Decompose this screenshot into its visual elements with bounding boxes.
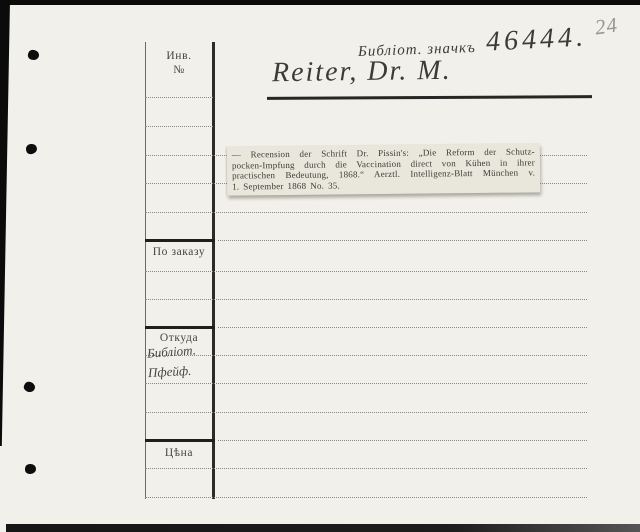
punch-hole [25, 464, 36, 474]
scan-edge-top [0, 0, 640, 5]
column-divider-bar [145, 439, 215, 442]
origin-label: Откуда [145, 332, 213, 344]
ruled-line [218, 240, 587, 241]
author-underline [267, 95, 592, 100]
scan-edge-bottom [6, 524, 640, 532]
inventory-label-line2: № [145, 64, 213, 76]
punch-hole [25, 143, 38, 155]
scan-edge-left [0, 0, 10, 446]
library-stamp-number: 46444. [485, 21, 588, 58]
origin-note-line2: Пфейф. [148, 363, 192, 381]
origin-note-line1: Библіот. [147, 342, 197, 361]
column-divider-bar [145, 326, 215, 329]
ruled-line [145, 383, 587, 384]
order-label: По заказу [145, 246, 213, 258]
catalog-card-scan: 24 Инв. № По заказу Откуда Цѣна Библіот.… [0, 0, 640, 532]
ruled-line [145, 412, 587, 413]
ruled-line [145, 468, 587, 469]
punch-hole [22, 380, 36, 394]
author-name: Reiter, Dr. M. [272, 55, 452, 90]
ruled-line [145, 355, 587, 356]
ruled-line [145, 212, 587, 213]
inventory-label-line1: Инв. [145, 50, 213, 62]
ruled-line [145, 497, 587, 498]
ruled-line [145, 97, 213, 98]
column-divider-bar [145, 239, 215, 242]
punch-hole [27, 49, 40, 62]
ruled-line [145, 299, 587, 300]
ruled-line [218, 327, 587, 328]
pasted-clipping: — Recension der Schrift Dr. Pissin's: „D… [227, 143, 540, 196]
ruled-line [145, 271, 587, 272]
clipping-line: 1. September 1868 No. 35. [232, 178, 535, 192]
price-label: Цѣна [145, 447, 213, 459]
ruled-line [145, 126, 213, 127]
page-number: 24 [593, 13, 619, 41]
ruled-line [218, 440, 587, 441]
